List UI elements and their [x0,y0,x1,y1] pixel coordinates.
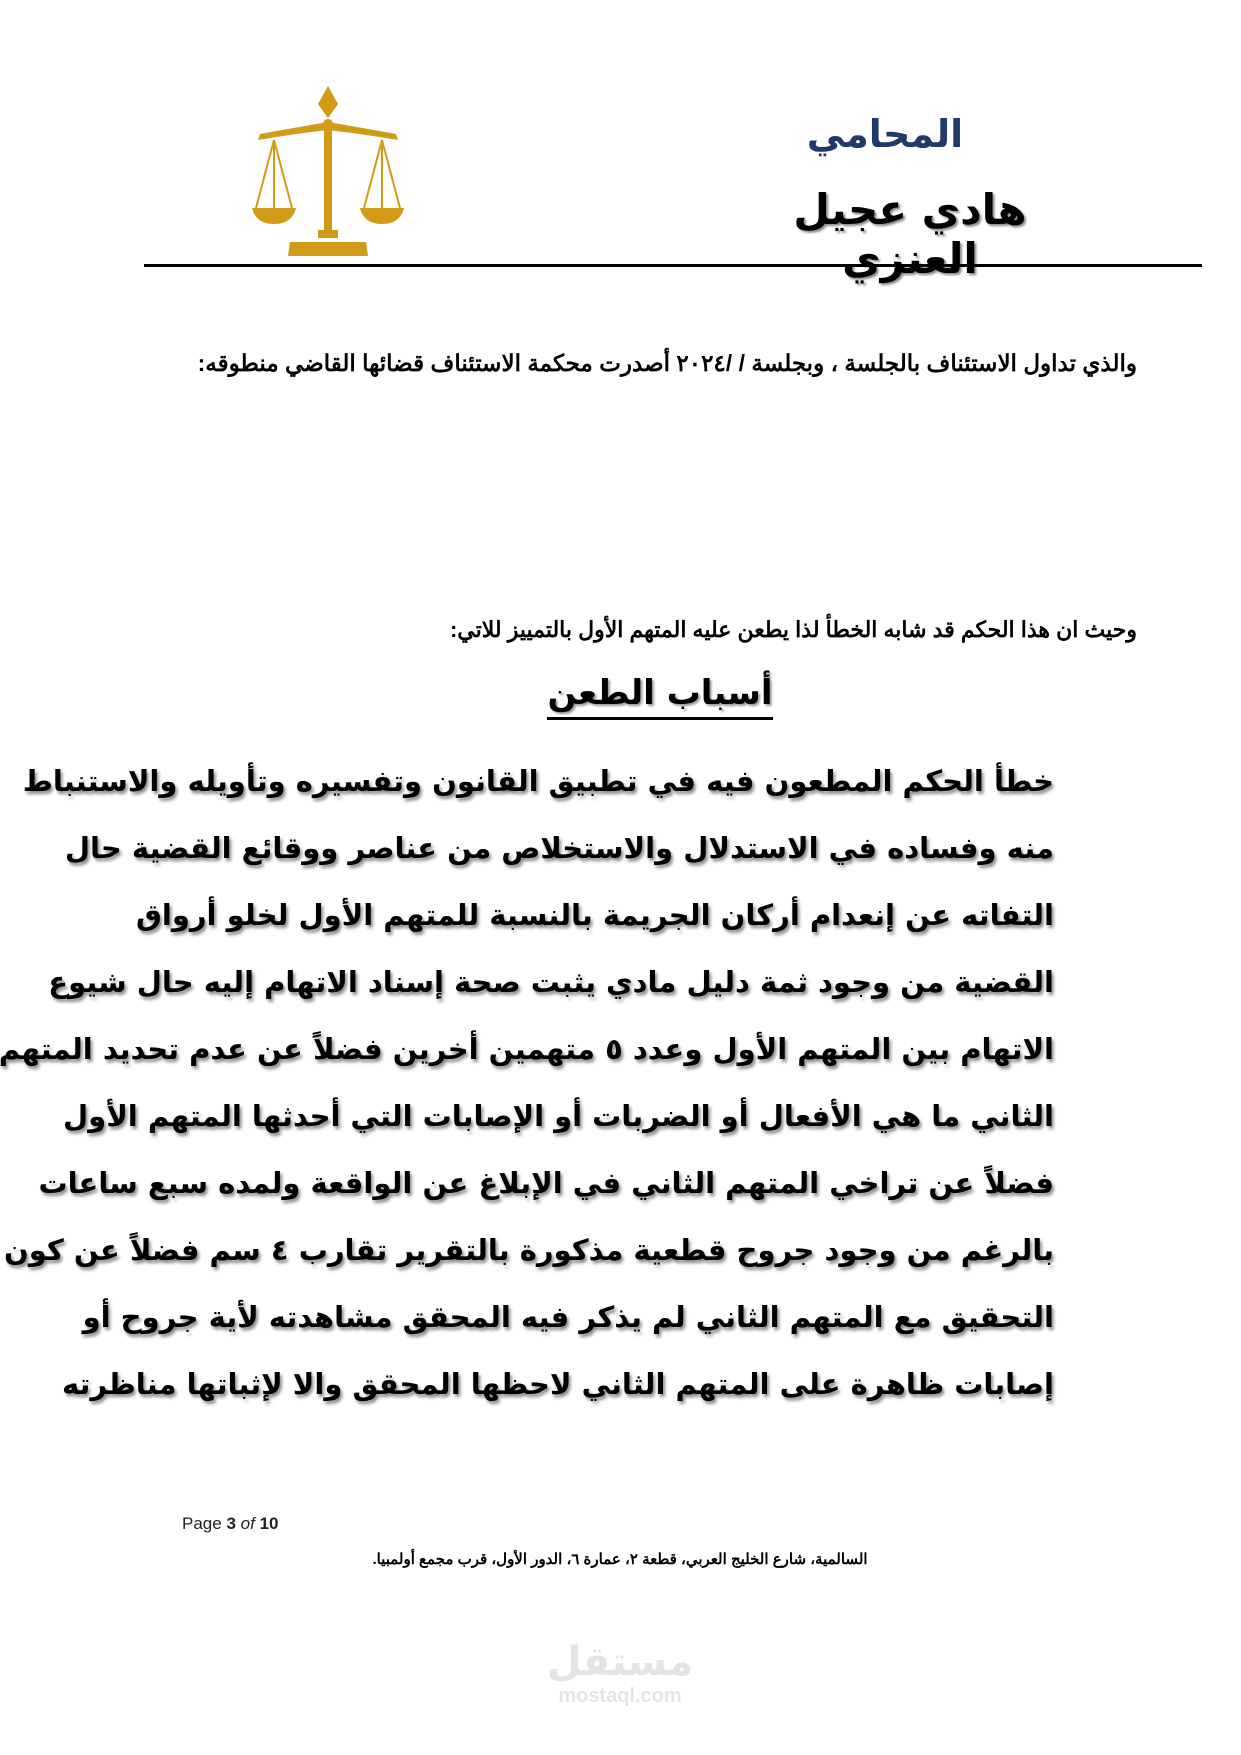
page-total: 10 [260,1514,279,1533]
grounds-line: إصابات ظاهرة على المتهم الثاني لاحظها ال… [182,1351,1054,1418]
page-number: Page 3 of 10 [182,1514,278,1534]
grounds-line: التفاته عن إنعدام أركان الجريمة بالنسبة … [182,882,1054,949]
lead-paragraph: وحيث ان هذا الحكم قد شابه الخطأ لذا يطعن… [185,610,1137,650]
lawyer-title: المحامي [800,112,970,156]
watermark-latin: mostaql.com [530,1684,710,1708]
grounds-line: الثاني ما هي الأفعال أو الضربات أو الإصا… [182,1083,1054,1150]
grounds-line: خطأ الحكم المطعون فيه في تطبيق القانون و… [182,748,1054,815]
watermark: مستقل mostaql.com [530,1640,710,1708]
office-address: السالمية، شارع الخليج العربي، قطعة ٢، عم… [300,1550,940,1568]
grounds-line: القضية من وجود ثمة دليل مادي يثبت صحة إس… [182,949,1054,1016]
grounds-line: فضلاً عن تراخي المتهم الثاني في الإبلاغ … [182,1150,1054,1217]
grounds-line: التحقيق مع المتهم الثاني لم يذكر فيه الم… [182,1284,1054,1351]
section-heading-text: أسباب الطعن [547,673,772,720]
header-divider [144,264,1202,267]
page-current: 3 [226,1514,235,1533]
lawyer-name: هادي عجيل العنزي [760,185,1060,283]
intro-paragraph: والذي تداول الاستئناف بالجلسة ، وبجلسة /… [185,338,1137,388]
grounds-line: منه وفساده في الاستدلال والاستخلاص من عن… [182,815,1054,882]
grounds-line: بالرغم من وجود جروح قطعية مذكورة بالتقري… [182,1217,1054,1284]
document-page: المحامي هادي عجيل العنزي والذي تداول الا… [0,0,1241,1755]
page-of: of [241,1514,255,1533]
section-heading: أسباب الطعن [520,668,800,718]
scales-of-justice-icon [248,84,408,260]
page-label: Page [182,1514,222,1533]
watermark-arabic: مستقل [530,1640,710,1684]
grounds-body: خطأ الحكم المطعون فيه في تطبيق القانون و… [182,748,1054,1418]
grounds-line: الاتهام بين المتهم الأول وعدد ٥ متهمين أ… [182,1016,1054,1083]
